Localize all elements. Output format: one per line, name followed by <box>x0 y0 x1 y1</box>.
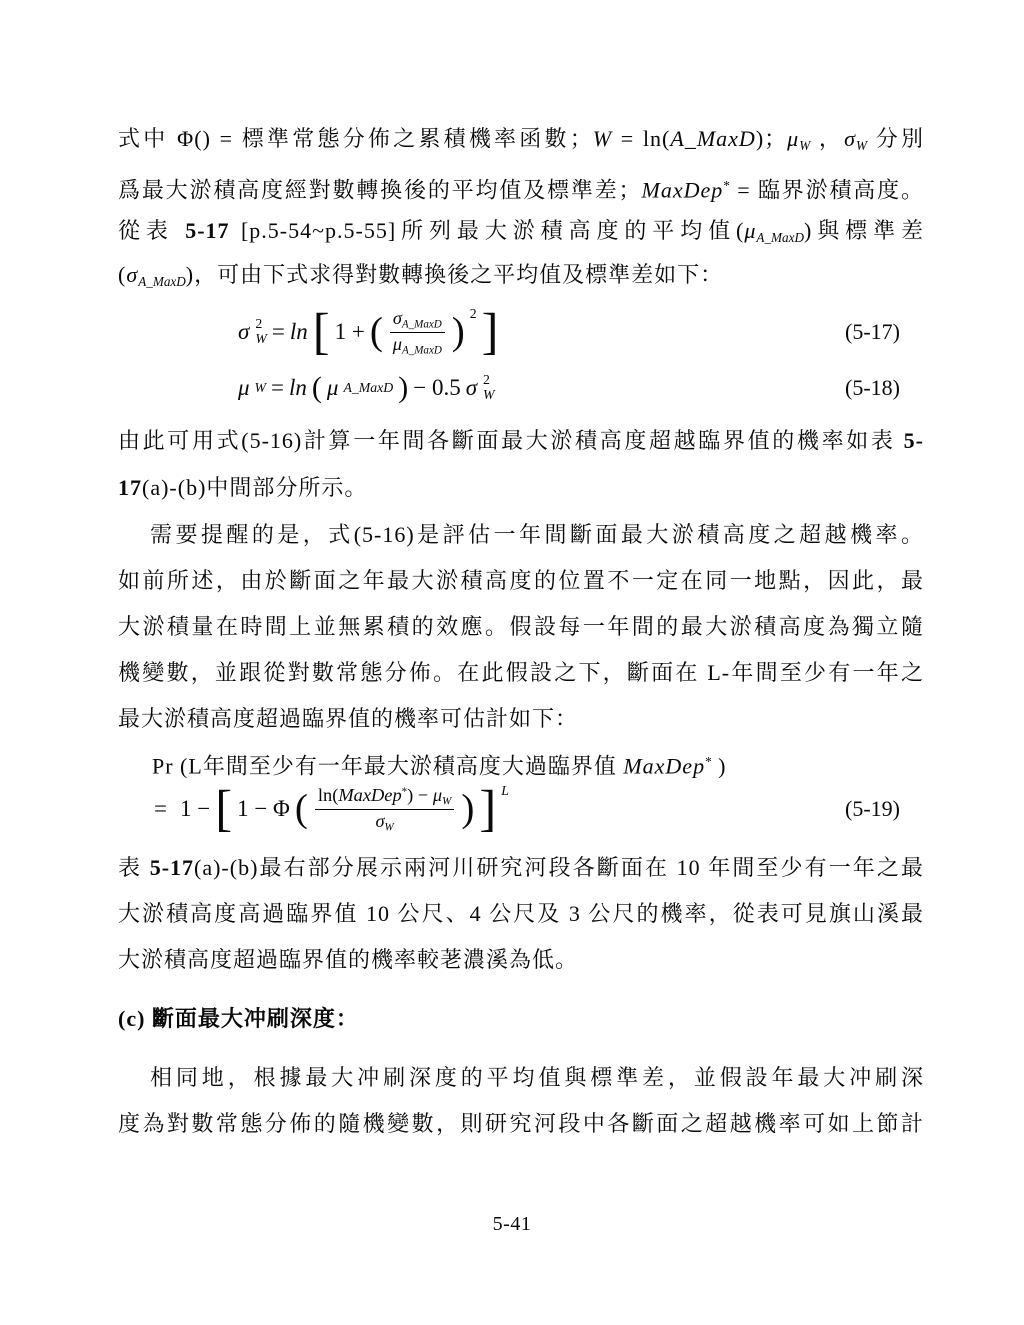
math-term: ) − <box>407 785 433 805</box>
paragraph-line: 表 5-17(a)-(b)最右部分展示兩河川研究河段各斷面在 10 年間至少有一… <box>118 853 924 883</box>
paragraph-line: 如前所述，由於斷面之年最大淤積高度的位置不一定在同一地點，因此，最 <box>118 566 924 596</box>
text-run: 爲最大淤積高度經對數轉換後的平均值及標準差； <box>118 177 642 202</box>
text-run: 最大淤積高度超過臨界值的機率可估計如下： <box>118 706 578 731</box>
text-run: 表 <box>118 855 150 880</box>
math-var-sigma: σ <box>844 126 856 151</box>
math-sub: W <box>385 821 394 833</box>
math-sup: 2 <box>255 317 262 332</box>
text-run: 分別 <box>867 126 924 151</box>
table-ref-bold: 17 <box>118 475 142 500</box>
math-fn-ln: ln <box>290 319 308 345</box>
math-var-sigma: σ <box>375 811 384 831</box>
document-page: 式中 Φ() = 標準常態分佈之累積機率函數；W = ln(A_MaxD)；μW… <box>0 0 1024 1325</box>
paragraph-line: 機變數，並跟從對數常態分佈。在此假設之下，斷面在 L-年間至少有一年之 <box>118 658 924 688</box>
math-sub: A_MaxD <box>402 344 442 356</box>
math-supsub: 2W <box>483 373 495 403</box>
math-var-mu: μ <box>327 375 339 401</box>
math-var-MaxDep: MaxDep <box>338 785 401 805</box>
right-paren: ) <box>452 314 465 349</box>
math-sup-L: L <box>501 783 509 799</box>
table-ref-bold: 5-17 <box>150 855 194 880</box>
equation-5-18: μW = ln ( μA_MaxD ) − 0.5 σ2W (5-18) <box>118 366 924 410</box>
fraction: ln(MaxDep*) − μW σW <box>315 785 454 834</box>
math-sub: A_MaxD <box>138 274 186 289</box>
paragraph-line: 需要提醒的是，式(5-16)是評估一年間斷面最大淤積高度之超越機率。 <box>118 520 924 550</box>
text-run: ) <box>712 753 727 778</box>
paragraph-line: 最大淤積高度超過臨界值的機率可估計如下： <box>118 704 924 734</box>
math-var-AMaxD: A_MaxD <box>670 126 755 151</box>
math-sup: 2 <box>470 306 477 322</box>
math-sup-star: * <box>705 754 712 769</box>
math-sub: A_MaxD <box>402 318 442 330</box>
right-bracket: ] <box>482 309 499 355</box>
math-term: 1 − <box>180 796 210 822</box>
math-sup-star: * <box>723 178 730 193</box>
heading-text: 斷面最大冲刷深度： <box>152 1006 359 1031</box>
text-run: )，可由下式求得對數轉換後之平均值及標準差如下： <box>186 262 723 287</box>
fraction-numerator: ln(MaxDep*) − μW <box>315 785 454 810</box>
math-var-mu: μ <box>787 126 799 151</box>
text-run: Pr (L年間至少有一年最大淤積高度大過臨界值 <box>152 753 623 778</box>
text-run: 如前所述，由於斷面之年最大淤積高度的位置不一定在同一地點，因此，最 <box>118 568 924 593</box>
math-var-mu: μ <box>433 785 442 805</box>
math-sub: W <box>255 332 267 347</box>
table-ref-bold: 5-17 <box>185 218 229 243</box>
equation-number: (5-17) <box>845 319 900 345</box>
equals-sign: = <box>271 375 284 401</box>
paragraph-line: 大淤積高度超過臨界值的機率較荖濃溪為低。 <box>118 945 924 975</box>
text-run: 度為對數常態分佈的隨機變數，則研究河段中各斷面之超越機率可如上節計 <box>118 1111 924 1136</box>
math-var-MaxDep: MaxDep <box>623 753 705 778</box>
text-run: 大淤積高度超過臨界值的機率較荖濃溪為低。 <box>118 947 578 972</box>
math-var-mu: μ <box>393 334 402 354</box>
paragraph-line: 大淤積高度高過臨界值 10 公尺、4 公尺及 3 公尺的機率，從表可見旗山溪最 <box>118 899 924 929</box>
equals-sign: = <box>154 796 167 822</box>
math-sup: 2 <box>483 373 490 388</box>
text-run: = ln( <box>612 126 670 151</box>
math-supsub: 2W <box>255 317 267 347</box>
equals-sign: = <box>272 319 285 345</box>
paragraph-line: 17(a)-(b)中間部分所示。 <box>118 473 924 503</box>
paragraph-line: 式中 Φ() = 標準常態分佈之累積機率函數；W = ln(A_MaxD)；μW… <box>118 124 924 161</box>
page-number: 5-41 <box>0 1213 1024 1236</box>
equation-number: (5-19) <box>845 796 900 822</box>
probability-statement: Pr (L年間至少有一年最大淤積高度大過臨界值 MaxDep* ) <box>118 747 924 781</box>
math-term: 1 + <box>335 319 365 345</box>
math-var-W: W <box>593 126 612 151</box>
math-term: − 0.5 <box>413 375 460 401</box>
section-heading-c: (c) 斷面最大冲刷深度： <box>118 1004 924 1034</box>
text-run: 從表 <box>118 218 185 243</box>
paragraph-line: (σA_MaxD)，可由下式求得對數轉換後之平均值及標準差如下： <box>118 260 924 297</box>
text-run: 式中 Φ() = 標準常態分佈之累積機率函數； <box>118 126 593 151</box>
math-var-sigma: σ <box>126 262 138 287</box>
math-sub: A_MaxD <box>343 380 393 396</box>
left-paren: ( <box>312 375 322 402</box>
text-run: = 臨界淤積高度。 <box>730 177 924 202</box>
math-term: 1 − Φ <box>237 796 290 822</box>
paragraph-line: 從表 5-17 [p.5-54~p.5-55]所列最大淤積高度的平均值(μA_M… <box>118 216 924 253</box>
text-run: )； <box>756 126 787 151</box>
text-run: 大淤積量在時間上並無累積的效應。假設每一年間的最大淤積高度為獨立隨 <box>118 614 924 639</box>
math-var-sigma: σ <box>393 308 402 328</box>
math-sub: W <box>799 138 810 153</box>
left-bracket: [ <box>313 309 330 355</box>
text-run: 機變數，並跟從對數常態分佈。在此假設之下，斷面在 L-年間至少有一年之 <box>118 660 924 685</box>
left-paren: ( <box>295 791 308 826</box>
table-ref-bold: 5- <box>904 428 924 453</box>
math-var-mu: μ <box>238 375 250 401</box>
math-fn-ln: ln( <box>318 785 338 805</box>
fraction-denominator: σW <box>375 810 393 834</box>
text-run: ， <box>810 126 844 151</box>
text-run: (a)-(b)最右部分展示兩河川研究河段各斷面在 10 年間至少有一年之最 <box>194 855 924 880</box>
right-paren: ) <box>461 791 474 826</box>
paragraph-line: 大淤積量在時間上並無累積的效應。假設每一年間的最大淤積高度為獨立隨 <box>118 612 924 642</box>
paragraph-line: 由此可用式(5-16)計算一年間各斷面最大淤積高度超越臨界值的機率如表 5- <box>118 426 924 456</box>
left-bracket: [ <box>215 786 232 832</box>
equation-5-19: = 1 − [ 1 − Φ ( ln(MaxDep*) − μW σW ) ] … <box>118 782 924 836</box>
math-sub: W <box>483 388 495 403</box>
heading-marker: (c) <box>118 1006 152 1031</box>
fraction-numerator: σA_MaxD <box>390 308 445 333</box>
math-var-mu: μ <box>744 218 756 243</box>
paragraph-line: 相同地，根據最大冲刷深度的平均值與標準差，並假設年最大冲刷深 <box>118 1063 924 1093</box>
text-run: (a)-(b)中間部分所示。 <box>142 475 367 500</box>
text-run: 需要提醒的是，式(5-16)是評估一年間斷面最大淤積高度之超越機率。 <box>150 522 924 547</box>
right-bracket: ] <box>479 786 496 832</box>
text-run: )與標準差 <box>804 218 924 243</box>
fraction: σA_MaxD μA_MaxD <box>390 308 445 357</box>
math-fn-ln: ln <box>289 375 307 401</box>
math-var-sigma: σ <box>238 319 249 345</box>
paragraph-line: 爲最大淤積高度經對數轉換後的平均值及標準差；MaxDep* = 臨界淤積高度。 <box>118 171 924 205</box>
text-run: [p.5-54~p.5-55]所列最大淤積高度的平均值( <box>230 218 745 243</box>
text-run: 相同地，根據最大冲刷深度的平均值與標準差，並假設年最大冲刷深 <box>150 1065 924 1090</box>
fraction-denominator: μA_MaxD <box>393 333 442 357</box>
math-var-sigma: σ <box>466 375 477 401</box>
text-run: 由此可用式(5-16)計算一年間各斷面最大淤積高度超越臨界值的機率如表 <box>118 428 904 453</box>
equation-number: (5-18) <box>845 375 900 401</box>
math-sub: W <box>856 138 867 153</box>
math-sub: W <box>442 795 451 807</box>
right-paren: ) <box>398 375 408 402</box>
paragraph-line: 度為對數常態分佈的隨機變數，則研究河段中各斷面之超越機率可如上節計 <box>118 1109 924 1139</box>
math-var-MaxDep: MaxDep <box>642 177 724 202</box>
text-run: 大淤積高度高過臨界值 10 公尺、4 公尺及 3 公尺的機率，從表可見旗山溪最 <box>118 901 924 926</box>
math-sub: A_MaxD <box>756 230 804 245</box>
left-paren: ( <box>370 314 383 349</box>
math-sub: W <box>255 380 267 396</box>
equation-5-17: σ2W = ln [ 1 + ( σA_MaxD μA_MaxD ) 2 ] (… <box>118 300 924 364</box>
